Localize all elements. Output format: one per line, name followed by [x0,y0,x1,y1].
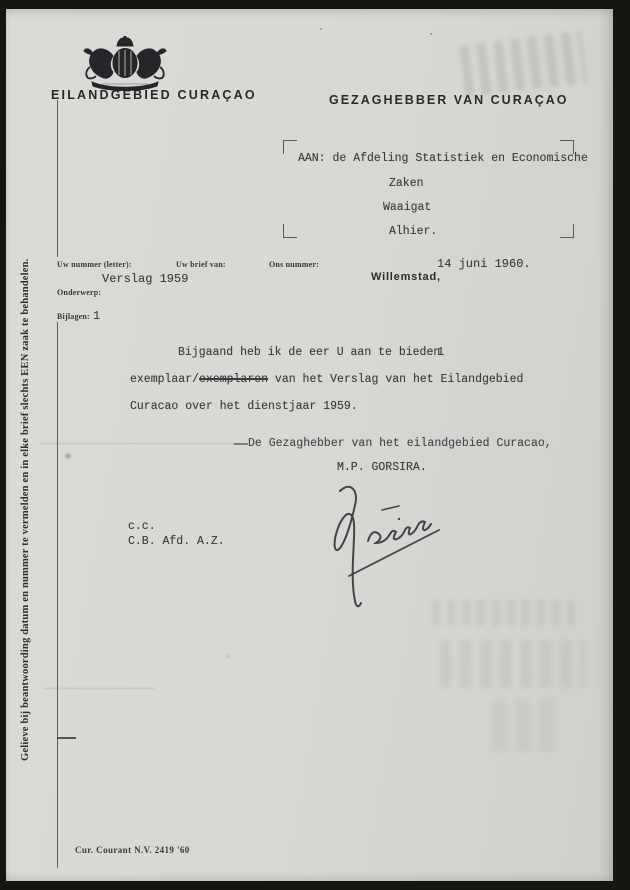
cc-label: c.c. [128,520,156,533]
paper-speck [226,655,229,658]
letter-date: 14 juni 1960. [437,257,531,271]
pen-dash-mark [234,443,248,445]
uw-nummer-label: Uw nummer (letter): [57,260,132,269]
org-name: EILANDGEBIED CURAÇAO [51,88,257,102]
bleedthrough-mark-mid-right-1 [432,600,582,626]
closing-salutation: De Gezaghebber van het eilandgebied Cura… [248,437,552,450]
body-line-1: Bijgaand heb ik de eer U aan te bieden [178,346,440,359]
margin-note: Gelieve bij beantwoording datum en numme… [17,252,34,768]
coat-of-arms-icon [80,36,170,92]
ons-nummer-label: Ons nummer: [269,260,319,269]
address-window-corner [283,140,297,154]
onderwerp-label: Onderwerp: [57,288,101,297]
signature-icon [322,477,452,617]
body-line-2-prefix: exemplaar/ [130,373,199,386]
address-window-corner [283,224,297,238]
bijlagen-value: 1 [93,309,100,323]
paper-crease [44,688,154,689]
address-window-corner [560,224,574,238]
bijlagen-label: Bijlagen: [57,312,90,321]
recipient-line-3: Waaigat [383,201,431,214]
signatory-name: M.P. GORSIRA. [337,461,427,474]
paper-speck [430,33,432,35]
recipient-line-4: Alhier. [389,225,437,238]
recipient-line-2: Zaken [389,177,424,190]
uw-brief-label: Uw brief van: [176,260,226,269]
office-title: GEZAGHEBBER VAN CURAÇAO [329,93,569,107]
paper-crease [40,443,240,444]
margin-tick-mark [57,737,76,739]
scanned-letter-page: EILANDGEBIED CURAÇAO GEZAGHEBBER VAN CUR… [0,0,630,890]
onderwerp-value: Verslag 1959 [102,272,188,286]
cc-value: C.B. Afd. A.Z. [128,535,225,548]
printer-imprint: Cur. Courant N.V. 2419 '60 [75,845,190,855]
body-line-1-count: 1 [437,345,444,359]
bleedthrough-mark-mid-right-2 [440,640,585,688]
recipient-line-1: AAN: de Afdeling Statistiek en Economisc… [298,152,588,165]
place-label: Willemstad, [371,271,441,283]
body-line-2: exemplaar/exemplaren van het Verslag van… [130,373,523,386]
body-line-2-suffix: van het Verslag van het Eilandgebied [268,373,523,386]
margin-rule-lower [57,322,58,868]
margin-rule-upper [57,100,58,257]
bleedthrough-mark-lower-right [492,700,562,752]
paper-speck [320,28,322,30]
paper-speck [66,454,70,458]
body-line-2-struck-word: exemplaren [199,373,268,386]
body-line-3: Curacao over het dienstjaar 1959. [130,400,358,413]
